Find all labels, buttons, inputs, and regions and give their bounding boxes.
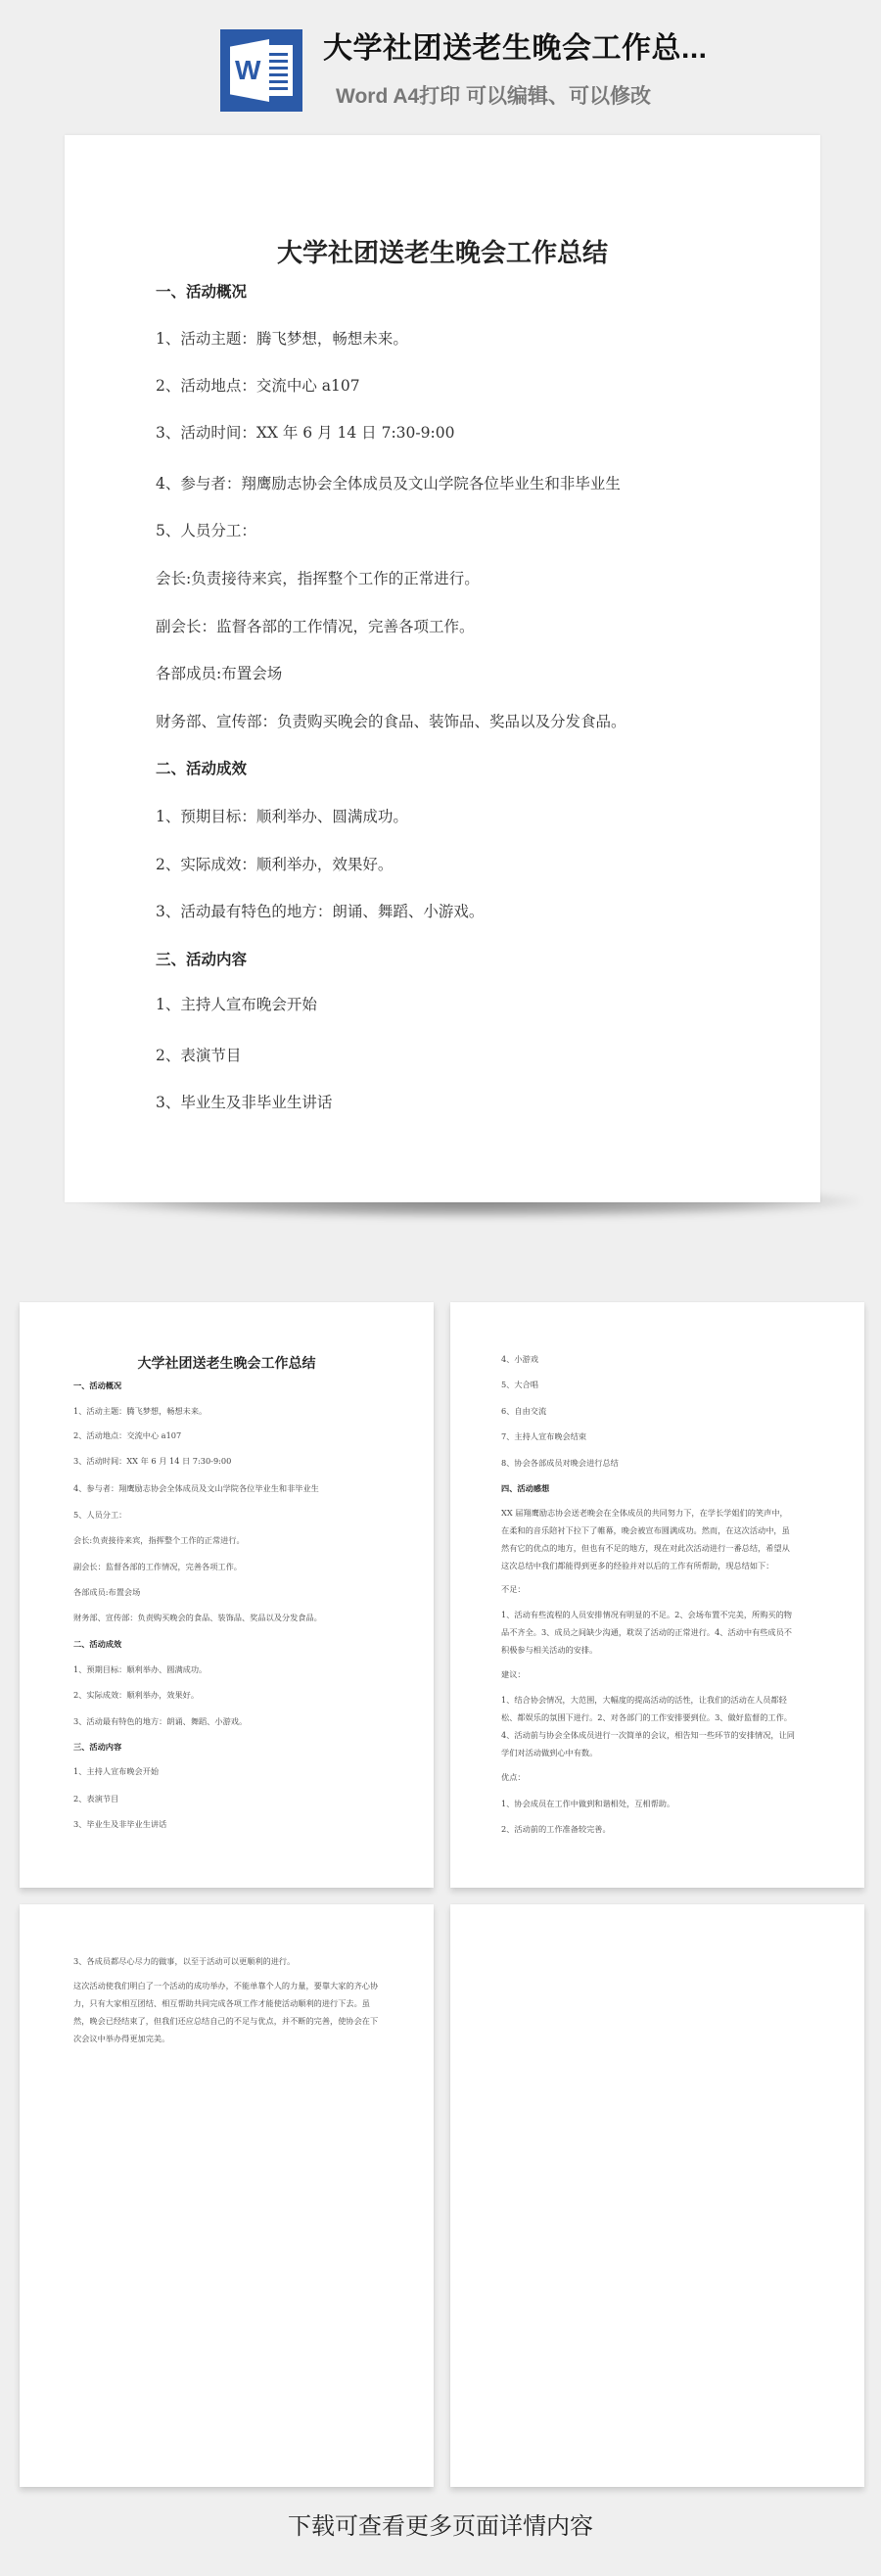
doc-line: 3、活动时间：XX 年 6 月 14 日 7:30-9:00 (73, 1456, 231, 1467)
doc-line: 8、协会各部成员对晚会进行总结 (501, 1458, 619, 1469)
doc-label: 建议： (501, 1669, 526, 1680)
doc-line: 2、实际成效：顺利举办，效果好。 (73, 1690, 199, 1701)
doc-line: 2、实际成效：顺利举办，效果好。 (156, 853, 393, 874)
doc-line: 2、活动前的工作准备较完善。 (501, 1824, 611, 1835)
doc-line: 1、活动主题：腾飞梦想，畅想未来。 (156, 327, 408, 349)
doc-line: 4、参与者：翔鹰励志协会全体成员及文山学院各位毕业生和非毕业生 (156, 472, 621, 493)
doc-line: 1、主持人宣布晚会开始 (156, 993, 317, 1014)
doc-line: 4、小游戏 (501, 1354, 538, 1365)
doc-line: 各部成员:布置会场 (73, 1587, 140, 1598)
doc-line: 1、预期目标：顺利举办、圆满成功。 (156, 805, 408, 826)
doc-line: 2、表演节目 (73, 1794, 118, 1804)
thumbnail-page-2[interactable]: 4、小游戏 5、大合唱 6、自由交流 7、主持人宣布晚会结束 8、协会各部成员对… (450, 1302, 864, 1888)
doc-line: 1、活动主题：腾飞梦想，畅想未来。 (73, 1406, 207, 1417)
doc-line: 1、协会成员在工作中做到和谐相处，互相帮助。 (501, 1799, 674, 1809)
document-subtitle: Word A4打印 可以编辑、可以修改 (336, 80, 651, 110)
doc-line: 4、参与者：翔鹰励志协会全体成员及文山学院各位毕业生和非毕业生 (73, 1483, 319, 1494)
thumbnail-page-3[interactable]: 3、各成员都尽心尽力的做事，以至于活动可以更顺利的进行。 这次活动使我们明白了一… (20, 1904, 434, 2487)
doc-line: 财务部、宣传部：负责购买晚会的食品、装饰品、奖品以及分发食品。 (73, 1613, 322, 1623)
doc-line: 5、大合唱 (501, 1380, 538, 1390)
doc-paragraph: XX 届翔鹰励志协会送老晚会在全体成员的共同努力下，在学长学姐们的笑声中，在柔和… (501, 1504, 795, 1574)
doc-paragraph: 这次活动使我们明白了一个活动的成功举办，不能单靠个人的力量，要靠大家的齐心协力，… (73, 1977, 382, 2047)
doc-line: 3、毕业生及非毕业生讲话 (73, 1819, 166, 1830)
doc-line: 会长:负责接待来宾，指挥整个工作的正常进行。 (156, 567, 480, 588)
word-document-icon: W (220, 29, 302, 112)
doc-line: 7、主持人宣布晚会结束 (501, 1431, 586, 1442)
doc-line: 6、自由交流 (501, 1406, 546, 1417)
doc-cover-icon: W (230, 39, 269, 102)
download-more-hint[interactable]: 下载可查看更多页面详情内容 (0, 2506, 881, 2541)
thumbnail-page-4[interactable] (450, 1904, 864, 2487)
doc-line: 会长:负责接待来宾，指挥整个工作的正常进行。 (73, 1535, 245, 1546)
doc-line: 3、各成员都尽心尽力的做事，以至于活动可以更顺利的进行。 (73, 1956, 295, 1967)
doc-line: 财务部、宣传部：负责购买晚会的食品、装饰品、奖品以及分发食品。 (156, 710, 626, 731)
doc-line: 2、活动地点：交流中心 a107 (156, 374, 360, 396)
section-heading: 三、活动内容 (156, 948, 247, 969)
section-heading: 二、活动成效 (73, 1639, 121, 1650)
section-heading: 二、活动成效 (156, 757, 247, 778)
section-heading: 一、活动概况 (73, 1381, 121, 1391)
doc-line: 3、活动最有特色的地方：朗诵、舞蹈、小游戏。 (156, 900, 484, 921)
document-title: 大学社团送老生晚会工作总... (323, 23, 708, 67)
doc-paragraph: 1、结合协会情况，大范围，大幅度的提高活动的活性，让我们的活动在人员都轻松、都娱… (501, 1691, 795, 1761)
page-title: 大学社团送老生晚会工作总结 (20, 1353, 434, 1373)
doc-label: 不足： (501, 1584, 526, 1595)
word-letter: W (235, 57, 260, 84)
doc-line: 各部成员:布置会场 (156, 662, 282, 683)
doc-line: 3、活动时间：XX 年 6 月 14 日 7:30-9:00 (156, 421, 454, 443)
section-heading: 一、活动概况 (156, 280, 247, 302)
page-title: 大学社团送老生晚会工作总结 (65, 233, 820, 269)
doc-line: 1、预期目标：顺利举办、圆满成功。 (73, 1664, 207, 1675)
doc-line: 2、表演节目 (156, 1044, 241, 1065)
doc-line: 5、人员分工： (156, 519, 256, 540)
thumbnail-page-1[interactable]: 大学社团送老生晚会工作总结 一、活动概况 1、活动主题：腾飞梦想，畅想未来。 2… (20, 1302, 434, 1888)
doc-label: 优点： (501, 1772, 526, 1783)
doc-line: 2、活动地点：交流中心 a107 (73, 1430, 181, 1441)
doc-line: 3、活动最有特色的地方：朗诵、舞蹈、小游戏。 (73, 1716, 247, 1727)
doc-paragraph: 1、活动有些流程的人员安排情况有明显的不足。2、会场布置不完美，所购买的物品不齐… (501, 1606, 795, 1659)
header: W 大学社团送老生晚会工作总... Word A4打印 可以编辑、可以修改 (0, 0, 881, 127)
section-heading: 三、活动内容 (73, 1742, 121, 1753)
doc-line: 5、人员分工： (73, 1510, 126, 1521)
doc-line: 副会长：监督各部的工作情况，完善各项工作。 (156, 615, 475, 636)
section-heading: 四、活动感想 (501, 1483, 549, 1494)
doc-line: 副会长：监督各部的工作情况，完善各项工作。 (73, 1562, 242, 1572)
doc-line: 3、毕业生及非毕业生讲话 (156, 1091, 332, 1112)
main-page-preview[interactable]: 大学社团送老生晚会工作总结 一、活动概况 1、活动主题：腾飞梦想，畅想未来。 2… (65, 135, 820, 1202)
doc-line: 1、主持人宣布晚会开始 (73, 1766, 159, 1777)
